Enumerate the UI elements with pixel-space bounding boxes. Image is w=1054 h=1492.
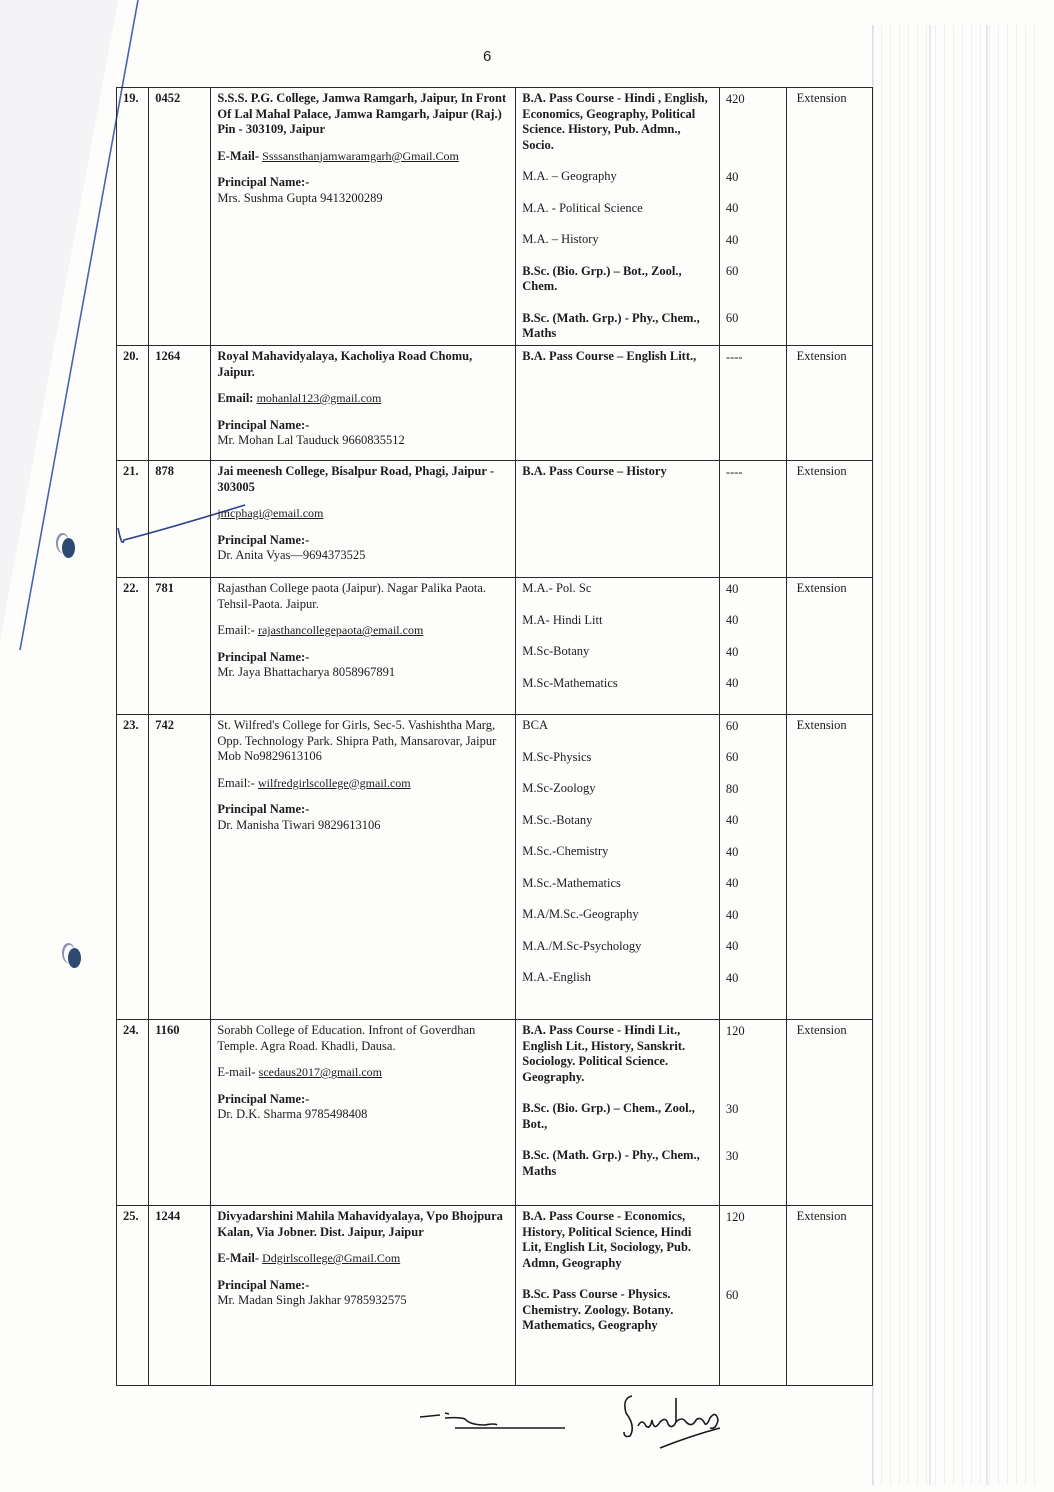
status-label: Extension (786, 88, 872, 346)
seats-cell: ---- (719, 461, 786, 578)
principal-name: Mrs. Sushma Gupta 9413200289 (217, 191, 509, 207)
status-label: Extension (786, 461, 872, 578)
table-row: 19.0452S.S.S. P.G. College, Jamwa Ramgar… (117, 88, 873, 346)
email-line: Email:- rajasthancollegepaota@email.com (217, 623, 509, 639)
seat-count: 40 (726, 939, 739, 955)
course-name: B.Sc. (Bio. Grp.) – Chem., Zool., Bot., (522, 1101, 713, 1132)
seats-cell: 40404040 (719, 578, 786, 715)
institution-cell: Rajasthan College paota (Jaipur). Nagar … (211, 578, 516, 715)
spacer (217, 164, 509, 175)
course-name: B.A. Pass Course – History (522, 464, 713, 480)
course-name: M.A- Hindi Litt (522, 613, 713, 629)
principal-label: Principal Name:- (217, 802, 509, 818)
course-name: B.A. Pass Course - Hindi , English, Econ… (522, 91, 713, 153)
courses-cell: B.A. Pass Course - Hindi , English, Econ… (516, 88, 720, 346)
seats-cell: 606080404040404040 (719, 715, 786, 1020)
seat-count: 120 (726, 1210, 745, 1226)
spacer (217, 138, 509, 149)
email-label: E-Mail- (217, 1251, 262, 1265)
scan-bleed-strip (872, 25, 1042, 1485)
course-name: B.Sc. Pass Course - Physics. Chemistry. … (522, 1287, 713, 1334)
page-edge-shadow (0, 0, 118, 640)
spacer (217, 639, 509, 650)
college-code: 742 (149, 715, 211, 1020)
seat-count: 60 (726, 1288, 739, 1304)
course-name: B.Sc. (Math. Grp.) - Phy., Chem., Maths (522, 1148, 713, 1179)
seats-cell: 4204040406060 (719, 88, 786, 346)
college-code: 0452 (149, 88, 211, 346)
status-label: Extension (786, 346, 872, 461)
serial-number: 19. (117, 88, 149, 346)
email-link[interactable]: wilfredgirlscollege@gmail.com (258, 776, 411, 790)
seat-count: 40 (726, 170, 739, 186)
institution-cell: Sorabh College of Education. Infront of … (211, 1020, 516, 1206)
email-label: E-mail- (217, 1065, 258, 1079)
serial-number: 24. (117, 1020, 149, 1206)
spacer (217, 765, 509, 776)
course-name: M.Sc-Physics (522, 750, 713, 766)
institution-cell: Jai meenesh College, Bisalpur Road, Phag… (211, 461, 516, 578)
spacer (217, 407, 509, 418)
seat-count: 40 (726, 676, 739, 692)
email-line: Email:- wilfredgirlscollege@gmail.com (217, 776, 509, 792)
course-name: B.A. Pass Course – English Litt., (522, 349, 713, 365)
status-label: Extension (786, 1020, 872, 1206)
punch-hole-icon (68, 948, 81, 968)
principal-name: Mr. Mohan Lal Tauduck 9660835512 (217, 433, 509, 449)
college-table: 19.0452S.S.S. P.G. College, Jamwa Ramgar… (116, 87, 873, 1386)
institution-cell: St. Wilfred's College for Girls, Sec-5. … (211, 715, 516, 1020)
seat-count: 40 (726, 201, 739, 217)
seat-count: 40 (726, 971, 739, 987)
principal-label: Principal Name:- (217, 1092, 509, 1108)
table-row: 25.1244Divyadarshini Mahila Mahavidyalay… (117, 1206, 873, 1386)
seat-count: 40 (726, 845, 739, 861)
initials-signature (415, 1395, 575, 1445)
principal-label: Principal Name:- (217, 1278, 509, 1294)
course-name: M.A.- Pol. Sc (522, 581, 713, 597)
courses-cell: BCAM.Sc-PhysicsM.Sc-ZoologyM.Sc.-BotanyM… (516, 715, 720, 1020)
serial-number: 20. (117, 346, 149, 461)
email-link[interactable]: Ssssansthanjamwaramgarh@Gmail.Com (262, 149, 459, 163)
email-link[interactable]: mohanlal123@gmail.com (257, 391, 382, 405)
institution-address: Royal Mahavidyalaya, Kacholiya Road Chom… (217, 349, 509, 380)
principal-label: Principal Name:- (217, 650, 509, 666)
seat-count: 40 (726, 582, 739, 598)
seat-count: 40 (726, 613, 739, 629)
seats-cell: ---- (719, 346, 786, 461)
email-label: Email:- (217, 623, 258, 637)
seat-count: 40 (726, 813, 739, 829)
status-label: Extension (786, 1206, 872, 1386)
page-number: 6 (483, 48, 491, 65)
seat-count: ---- (726, 465, 743, 481)
mobile-number: Mob No9829613106 (217, 749, 509, 765)
email-label: E-Mail- (217, 149, 262, 163)
principal-name: Dr. Manisha Tiwari 9829613106 (217, 818, 509, 834)
course-name: M.Sc.-Chemistry (522, 844, 713, 860)
seat-count: 40 (726, 876, 739, 892)
email-link[interactable]: rajasthancollegepaota@email.com (258, 623, 423, 637)
seat-count: 60 (726, 750, 739, 766)
seat-count: 40 (726, 645, 739, 661)
punch-hole-icon (62, 538, 75, 558)
college-code: 781 (149, 578, 211, 715)
courses-cell: B.A. Pass Course - Hindi Lit., English L… (516, 1020, 720, 1206)
course-name: M.A./M.Sc-Psychology (522, 939, 713, 955)
seat-count: 60 (726, 719, 739, 735)
seat-count: 40 (726, 233, 739, 249)
college-code: 878 (149, 461, 211, 578)
spacer (217, 495, 509, 506)
principal-name: Dr. Anita Vyas—9694373525 (217, 548, 509, 564)
courses-cell: B.A. Pass Course – English Litt., (516, 346, 720, 461)
spacer (217, 612, 509, 623)
spacer (217, 380, 509, 391)
college-code: 1160 (149, 1020, 211, 1206)
spacer (217, 522, 509, 533)
courses-cell: M.A.- Pol. ScM.A- Hindi LittM.Sc-BotanyM… (516, 578, 720, 715)
course-name: M.A/M.Sc.-Geography (522, 907, 713, 923)
principal-name: Mr. Madan Singh Jakhar 9785932575 (217, 1293, 509, 1309)
seat-count: 60 (726, 311, 739, 327)
institution-cell: Divyadarshini Mahila Mahavidyalaya, Vpo … (211, 1206, 516, 1386)
principal-name: Dr. D.K. Sharma 9785498408 (217, 1107, 509, 1123)
course-name: M.Sc-Zoology (522, 781, 713, 797)
seat-count: ---- (726, 350, 743, 366)
course-name: M.A. – Geography (522, 169, 713, 185)
courses-cell: B.A. Pass Course - Economics, History, P… (516, 1206, 720, 1386)
status-label: Extension (786, 578, 872, 715)
seats-cell: 12060 (719, 1206, 786, 1386)
courses-cell: B.A. Pass Course – History (516, 461, 720, 578)
seat-count: 40 (726, 908, 739, 924)
principal-label: Principal Name:- (217, 175, 509, 191)
course-name: B.Sc. (Math. Grp.) - Phy., Chem., Maths (522, 311, 713, 342)
institution-address: Rajasthan College paota (Jaipur). Nagar … (217, 581, 509, 612)
email-line: E-mail- scedaus2017@gmail.com (217, 1065, 509, 1081)
email-line: Email: mohanlal123@gmail.com (217, 391, 509, 407)
email-link[interactable]: jmcphagi@email.com (217, 506, 323, 520)
sandeep-signature (620, 1388, 740, 1453)
course-name: M.Sc.-Botany (522, 813, 713, 829)
course-name: BCA (522, 718, 713, 734)
institution-address: Jai meenesh College, Bisalpur Road, Phag… (217, 464, 509, 495)
institution-address: Divyadarshini Mahila Mahavidyalaya, Vpo … (217, 1209, 509, 1240)
serial-number: 23. (117, 715, 149, 1020)
table-row: 21.878Jai meenesh College, Bisalpur Road… (117, 461, 873, 578)
email-label: Email: (217, 391, 256, 405)
seat-count: 120 (726, 1024, 745, 1040)
course-name: M.A. - Political Science (522, 201, 713, 217)
institution-cell: Royal Mahavidyalaya, Kacholiya Road Chom… (211, 346, 516, 461)
seat-count: 420 (726, 92, 745, 108)
principal-label: Principal Name:- (217, 418, 509, 434)
course-name: B.Sc. (Bio. Grp.) – Bot., Zool., Chem. (522, 264, 713, 295)
table-row: 24.1160Sorabh College of Education. Infr… (117, 1020, 873, 1206)
institution-address: S.S.S. P.G. College, Jamwa Ramgarh, Jaip… (217, 91, 509, 138)
table-row: 22.781Rajasthan College paota (Jaipur). … (117, 578, 873, 715)
institution-cell: S.S.S. P.G. College, Jamwa Ramgarh, Jaip… (211, 88, 516, 346)
course-name: M.Sc-Botany (522, 644, 713, 660)
spacer (217, 1240, 509, 1251)
course-name: M.A. – History (522, 232, 713, 248)
email-line: E-Mail- Ddgirlscollege@Gmail.Com (217, 1251, 509, 1267)
course-name: M.A.-English (522, 970, 713, 986)
course-name: M.Sc.-Mathematics (522, 876, 713, 892)
spacer (217, 791, 509, 802)
seat-count: 80 (726, 782, 739, 798)
principal-label: Principal Name:- (217, 533, 509, 549)
spacer (217, 1267, 509, 1278)
table-row: 23.742St. Wilfred's College for Girls, S… (117, 715, 873, 1020)
spacer (217, 1054, 509, 1065)
table-body: 19.0452S.S.S. P.G. College, Jamwa Ramgar… (117, 88, 873, 1386)
course-name: B.A. Pass Course - Hindi Lit., English L… (522, 1023, 713, 1085)
principal-name: Mr. Jaya Bhattacharya 8058967891 (217, 665, 509, 681)
course-name: M.Sc-Mathematics (522, 676, 713, 692)
seat-count: 30 (726, 1102, 739, 1118)
college-code: 1244 (149, 1206, 211, 1386)
seats-cell: 1203030 (719, 1020, 786, 1206)
serial-number: 25. (117, 1206, 149, 1386)
email-label: Email:- (217, 776, 258, 790)
serial-number: 21. (117, 461, 149, 578)
email-link[interactable]: Ddgirlscollege@Gmail.Com (262, 1251, 400, 1265)
seat-count: 30 (726, 1149, 739, 1165)
table-row: 20.1264Royal Mahavidyalaya, Kacholiya Ro… (117, 346, 873, 461)
spacer (217, 1081, 509, 1092)
status-label: Extension (786, 715, 872, 1020)
institution-address: St. Wilfred's College for Girls, Sec-5. … (217, 718, 509, 749)
course-name: B.A. Pass Course - Economics, History, P… (522, 1209, 713, 1271)
institution-address: Sorabh College of Education. Infront of … (217, 1023, 509, 1054)
email-link[interactable]: scedaus2017@gmail.com (259, 1065, 382, 1079)
college-code: 1264 (149, 346, 211, 461)
seat-count: 60 (726, 264, 739, 280)
serial-number: 22. (117, 578, 149, 715)
email-line: E-Mail- Ssssansthanjamwaramgarh@Gmail.Co… (217, 149, 509, 165)
email-line: jmcphagi@email.com (217, 506, 509, 522)
